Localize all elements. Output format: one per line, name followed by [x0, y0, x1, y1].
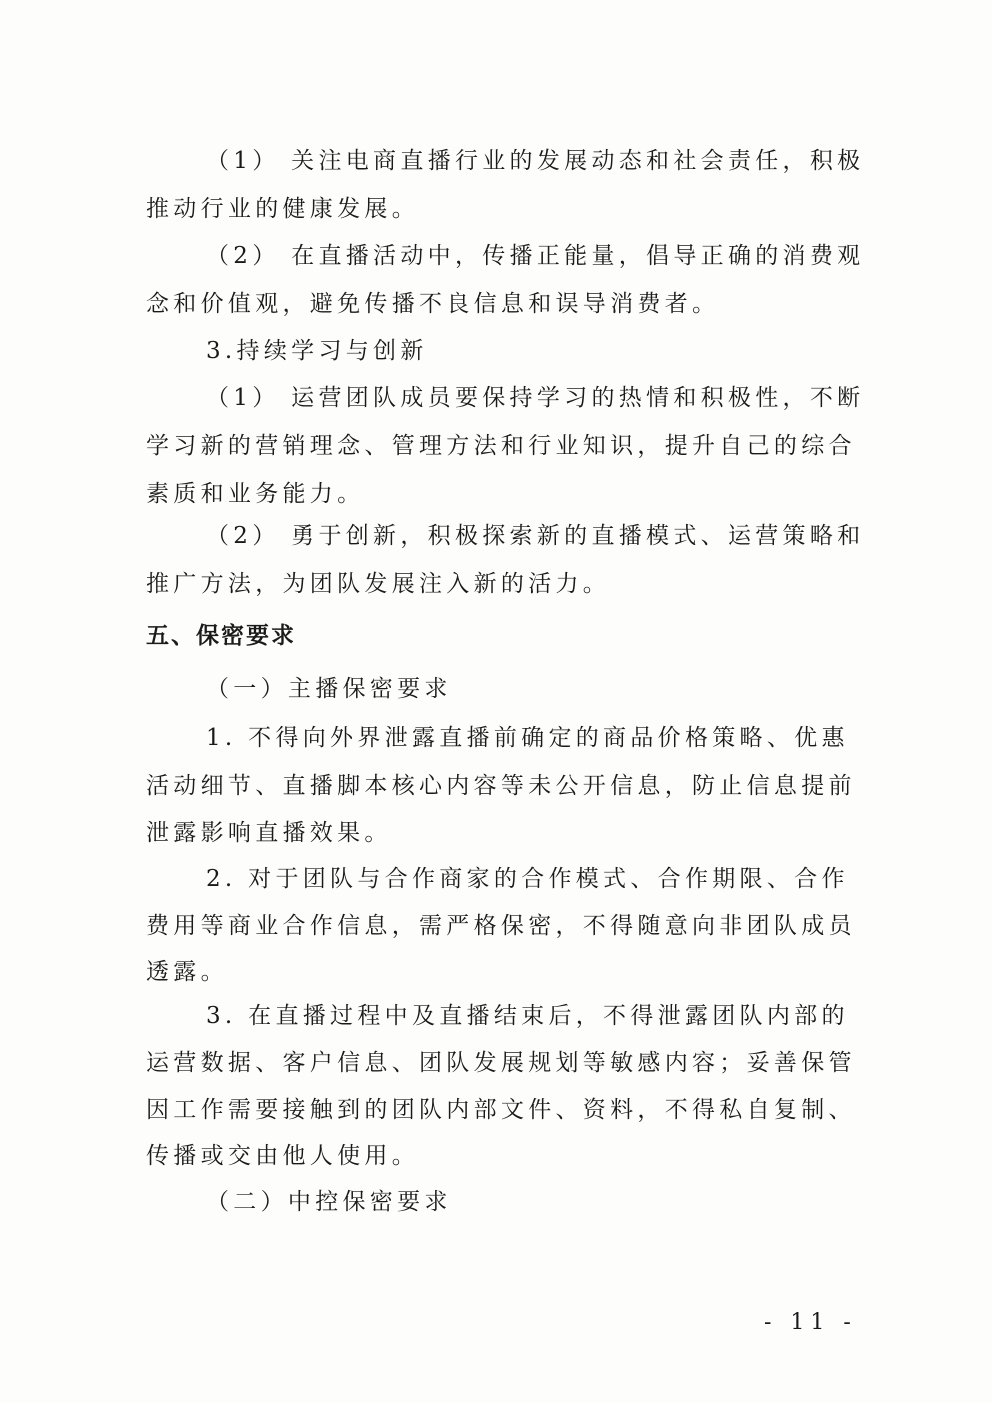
- paragraph-line: 素质和业务能力。: [146, 478, 836, 510]
- paragraph-line: 学习新的营销理念、管理方法和行业知识，提升自己的综合: [146, 430, 836, 462]
- subsection-heading: 3.持续学习与创新: [206, 335, 896, 367]
- paragraph-line: 活动细节、直播脚本核心内容等未公开信息，防止信息提前: [146, 770, 836, 802]
- subsection-heading: （二）中控保密要求: [206, 1186, 896, 1218]
- page-number: - 11 -: [764, 1310, 857, 1335]
- section-heading: 五、保密要求: [146, 620, 836, 652]
- paragraph-line: 因工作需要接触到的团队内部文件、资料，不得私自复制、: [146, 1094, 836, 1126]
- paragraph-line: 传播或交由他人使用。: [146, 1140, 836, 1172]
- paragraph-line: 泄露影响直播效果。: [146, 817, 836, 849]
- paragraph-line: 透露。: [146, 956, 836, 988]
- paragraph-line: 3. 在直播过程中及直播结束后，不得泄露团队内部的: [206, 1000, 896, 1032]
- document-page: （1） 关注电商直播行业的发展动态和社会责任，积极 推动行业的健康发展。 （2）…: [0, 0, 992, 1403]
- paragraph-line: 费用等商业合作信息，需严格保密，不得随意向非团队成员: [146, 910, 836, 942]
- paragraph-line: （2） 在直播活动中，传播正能量，倡导正确的消费观: [206, 240, 896, 272]
- paragraph-line: （2） 勇于创新，积极探索新的直播模式、运营策略和: [206, 520, 896, 552]
- paragraph-line: 推广方法，为团队发展注入新的活力。: [146, 568, 836, 600]
- paragraph-line: 念和价值观，避免传播不良信息和误导消费者。: [146, 288, 836, 320]
- subsection-heading: （一）主播保密要求: [206, 673, 896, 705]
- paragraph-line: 运营数据、客户信息、团队发展规划等敏感内容；妥善保管: [146, 1047, 836, 1079]
- paragraph-line: 2. 对于团队与合作商家的合作模式、合作期限、合作: [206, 863, 896, 895]
- paragraph-line: （1） 关注电商直播行业的发展动态和社会责任，积极: [206, 145, 896, 177]
- paragraph-line: （1） 运营团队成员要保持学习的热情和积极性，不断: [206, 382, 896, 414]
- paragraph-line: 1. 不得向外界泄露直播前确定的商品价格策略、优惠: [206, 722, 896, 754]
- paragraph-line: 推动行业的健康发展。: [146, 193, 836, 225]
